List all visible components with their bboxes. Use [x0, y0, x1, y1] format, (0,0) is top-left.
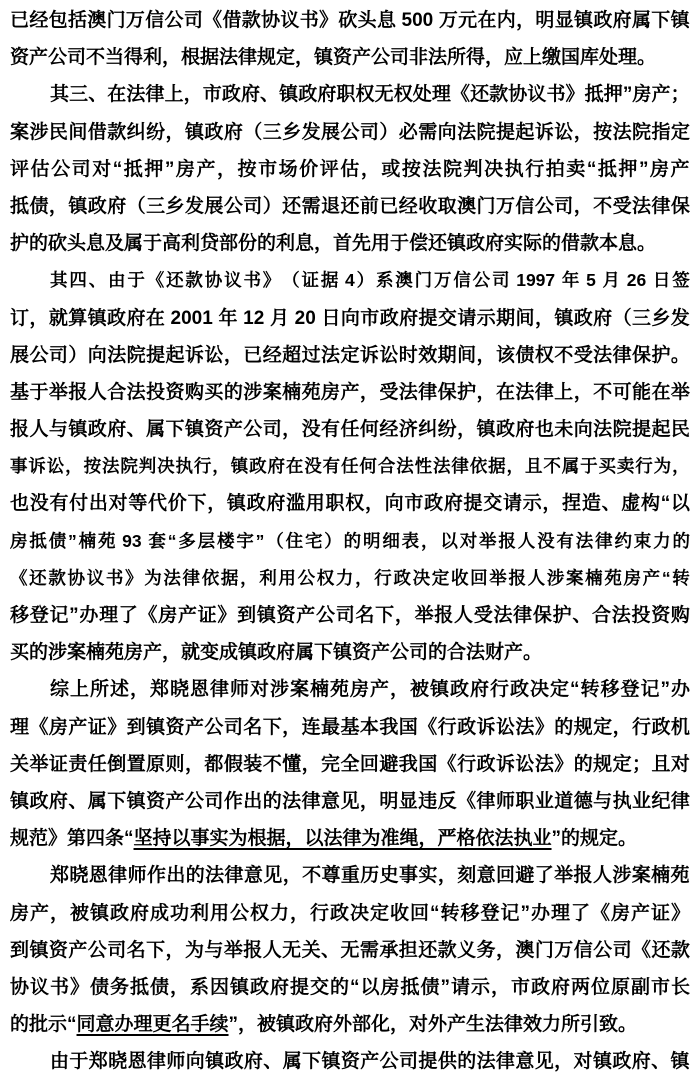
text-run: ， — [507, 448, 525, 485]
text-run: 镇 — [671, 2, 690, 39]
text-run: ， — [477, 337, 496, 374]
text-run: 四 — [69, 262, 87, 299]
text-run: 属 — [632, 2, 651, 39]
text-run: 作 — [224, 783, 243, 820]
text-line: 由于郑晓恩律师向镇政府、属下镇资产公司提供的法律意见，对镇政府、镇 — [10, 1043, 690, 1080]
text-run: 法 — [593, 411, 612, 448]
text-run: 镇 — [279, 76, 298, 113]
text-run: 以 — [360, 969, 379, 1006]
text-run: 人 — [528, 560, 546, 597]
text-run: 无 — [375, 76, 394, 113]
text-run: 民 — [671, 411, 690, 448]
text-run: 法 — [321, 337, 340, 374]
text-run: 了 — [571, 895, 590, 932]
text-run: 房 — [632, 76, 651, 113]
text-line: 基于举报人合法投资购买的涉案楠苑房产，受法律保护，在法律上，不可能在举 — [10, 374, 690, 411]
text-run: 层 — [198, 523, 216, 560]
text-run: 拍 — [546, 151, 565, 188]
text-run: 估 — [31, 151, 50, 188]
text-run: 法 — [163, 560, 181, 597]
text-run: 该 — [496, 337, 515, 374]
text-run: 力 — [270, 895, 289, 932]
text-run: 的 — [224, 374, 243, 411]
text-line: 房抵债”楠苑 93 套“多层楼宇”（住宅）的明细表，以对举报人没有法律约束力的 — [10, 523, 690, 560]
text-run: 则 — [166, 746, 185, 783]
text-run: 院 — [127, 337, 146, 374]
text-run: 可 — [613, 374, 632, 411]
text-run: 定 — [671, 114, 690, 151]
text-run: 房 — [49, 709, 68, 746]
text-run: 务 — [110, 969, 129, 1006]
text-run: 法 — [102, 448, 120, 485]
text-run: 回 — [360, 746, 379, 783]
text-run: 法 — [535, 746, 554, 783]
text-run: 假 — [224, 746, 243, 783]
text-run: 诉 — [535, 114, 554, 151]
text-run: 刻 — [457, 857, 476, 894]
text-run: 月 — [603, 262, 621, 299]
text-run: 楠 — [585, 560, 603, 597]
text-run: 见 — [535, 1043, 554, 1080]
text-run: 受 — [474, 597, 493, 634]
text-run: 记 — [500, 895, 519, 932]
text-run: 《 — [29, 709, 48, 746]
text-run: 显 — [555, 2, 574, 39]
text-run: ， — [207, 485, 226, 522]
text-run: 举 — [29, 746, 48, 783]
text-run: 于 — [29, 374, 48, 411]
text-run: 债 — [29, 188, 48, 225]
text-run: 镇 — [430, 671, 449, 708]
text-run: 房 — [158, 597, 177, 634]
text-run: 多 — [178, 523, 196, 560]
text-run: 、 — [263, 1043, 282, 1080]
text-run: 》 — [217, 597, 236, 634]
text-run: 《 — [203, 2, 222, 39]
text-run: 公 — [535, 188, 554, 225]
text-run: ， — [477, 374, 496, 411]
text-line: 移登记”办理了《房产证》到镇资产公司名下，举报人受法律保护、合法投资购 — [10, 597, 690, 634]
text-run: 府 — [107, 411, 126, 448]
text-run: 登 — [30, 597, 49, 634]
text-run: 涉 — [547, 560, 565, 597]
text-run: 律 — [145, 76, 164, 113]
text-run: 产 — [671, 151, 690, 188]
text-run: 对 — [250, 671, 269, 708]
text-run: 需 — [418, 114, 437, 151]
text-run: 也 — [535, 411, 554, 448]
text-run: ， — [224, 337, 243, 374]
text-run: 抵 — [10, 188, 29, 225]
text-run: 府 — [317, 76, 336, 113]
text-run: 政 — [651, 709, 670, 746]
text-run: 镇 — [230, 969, 249, 1006]
text-line: 买的涉案楠苑房产，就变成镇政府属下镇资产公司的合法财产。 — [10, 634, 690, 671]
text-run: 起 — [515, 114, 534, 151]
text-run: 回 — [470, 560, 488, 597]
text-run: 恩 — [89, 857, 108, 894]
text-run: 府 — [266, 485, 285, 522]
text-run: 26 — [622, 262, 651, 299]
text-run: 月 — [270, 300, 289, 337]
text-run: 纷 — [438, 411, 457, 448]
text-run: 规 — [574, 709, 593, 746]
text-run: 何 — [360, 411, 379, 448]
text-run: 议 — [280, 2, 299, 39]
text-run: 镇 — [574, 2, 593, 39]
text-run: 法 — [282, 783, 301, 820]
text-run: 《 — [147, 262, 165, 299]
text-run: 产 — [68, 932, 87, 969]
text-run: 且 — [525, 448, 543, 485]
text-run: 代 — [148, 485, 167, 522]
text-run: 苑 — [302, 374, 321, 411]
text-run: 郑 — [50, 857, 69, 894]
text-run: 府 — [444, 485, 463, 522]
text-run: 发 — [185, 188, 204, 225]
text-run: 举 — [554, 857, 573, 894]
text-run: 移 — [600, 671, 619, 708]
text-run: 报 — [498, 523, 516, 560]
text-run: 镇 — [146, 709, 165, 746]
text-run: 不 — [554, 337, 573, 374]
text-run: 市 — [511, 969, 530, 1006]
text-run: 向 — [186, 1043, 205, 1080]
text-run: 产 — [340, 374, 359, 411]
text-run: ， — [365, 485, 384, 522]
text-run: 款 — [242, 2, 261, 39]
text-run: 法 — [613, 114, 632, 151]
text-run: ， — [170, 969, 189, 1006]
text-run: 装 — [243, 746, 262, 783]
text-run: 对 — [92, 151, 111, 188]
text-run: 理 — [10, 709, 29, 746]
text-run: 公 — [204, 709, 223, 746]
text-run: 为 — [144, 560, 162, 597]
text-run: 证 — [651, 895, 670, 932]
text-run: 诉 — [496, 746, 515, 783]
text-run: 了 — [535, 857, 554, 894]
text-run: 房 — [611, 895, 630, 932]
text-run: 明 — [379, 783, 398, 820]
text-run: ， — [542, 485, 561, 522]
text-run: 债 — [49, 523, 67, 560]
text-run: 500 — [396, 2, 438, 39]
text-run: 于 — [580, 448, 598, 485]
text-run: 需 — [360, 932, 379, 969]
text-run: ， — [438, 857, 457, 894]
text-run: 转 — [440, 895, 459, 932]
text-run: 房 — [624, 560, 642, 597]
text-run: 法 — [576, 523, 594, 560]
text-run: 协 — [508, 76, 527, 113]
text-run: 原 — [611, 969, 630, 1006]
text-run: 公 — [88, 932, 107, 969]
text-run: 移 — [10, 597, 29, 634]
text-run: 办 — [671, 671, 690, 708]
underlined-text: 同意办理更名手续 — [77, 1014, 229, 1035]
text-run: ， — [240, 560, 258, 597]
text-run: 济 — [399, 411, 418, 448]
text-run: 司 — [360, 114, 379, 151]
text-run: 无 — [282, 932, 301, 969]
text-run: 政 — [574, 300, 593, 337]
text-run: 的 — [186, 857, 205, 894]
text-run: 产 — [360, 1043, 379, 1080]
text-run: 出 — [89, 485, 108, 522]
text-run: 为 — [185, 932, 204, 969]
text-run: 镇 — [205, 1043, 224, 1080]
text-run: 律 — [225, 857, 244, 894]
text-run: 保 — [671, 188, 690, 225]
text-run: 苑 — [330, 671, 349, 708]
text-run: 于 — [69, 1043, 88, 1080]
text-run: 避 — [379, 746, 398, 783]
text-run: 属 — [562, 448, 580, 485]
text-run: 师 — [128, 857, 147, 894]
text-run: 转 — [672, 560, 690, 597]
text-run: 了 — [119, 597, 138, 634]
text-run: 产 — [631, 895, 650, 932]
text-run: 倒 — [107, 746, 126, 783]
text-run: ， — [282, 709, 301, 746]
text-run: 晓 — [108, 1043, 127, 1080]
text-run: 两 — [571, 969, 590, 1006]
text-run: 收 — [390, 895, 409, 932]
text-run: 据 — [321, 262, 339, 299]
text-line: 也没有付出对等代价下，镇政府滥用职权，向市政府提交请示，捏造、虚构“以 — [10, 485, 690, 522]
text-run: 万 — [554, 932, 573, 969]
text-run: 的 — [344, 523, 362, 560]
text-run: 间 — [516, 300, 535, 337]
text-run: 受 — [379, 374, 398, 411]
text-run: 在 — [107, 76, 126, 113]
text-run: 司 — [184, 2, 203, 39]
text-run: 举 — [415, 597, 434, 634]
text-run: 资 — [204, 411, 223, 448]
text-run: 12 — [238, 300, 270, 337]
text-run: 提 — [496, 114, 515, 151]
text-run: 尊 — [321, 857, 340, 894]
text-run: 按 — [238, 151, 257, 188]
text-run: 还 — [340, 188, 359, 225]
text-run: （ — [127, 188, 146, 225]
text-run: 苑 — [604, 560, 622, 597]
text-run: 重 — [341, 857, 360, 894]
text-run: 位 — [591, 969, 610, 1006]
text-run: 行 — [374, 560, 392, 597]
text-run: 签 — [672, 262, 690, 299]
text-run: 理 — [432, 76, 451, 113]
text-run: 诉 — [477, 709, 496, 746]
text-run: 功 — [170, 895, 189, 932]
text-run: 等 — [128, 485, 147, 522]
text-run: ” — [256, 523, 265, 560]
text-run: 合 — [378, 448, 396, 485]
text-run: 《 — [457, 783, 476, 820]
text-run: 下 — [302, 1043, 321, 1080]
text-run: 细 — [382, 523, 400, 560]
text-run: 判 — [464, 151, 483, 188]
text-run: 恩 — [190, 671, 209, 708]
text-run: 事 — [10, 448, 28, 485]
text-run: ， — [130, 671, 149, 708]
text-run: 宅 — [305, 523, 323, 560]
text-run: ， — [360, 374, 379, 411]
text-run: 府 — [267, 448, 285, 485]
text-run: 讼 — [515, 746, 534, 783]
text-run: ， — [360, 783, 379, 820]
text-run: 不 — [593, 188, 612, 225]
text-run: 案 — [290, 671, 309, 708]
text-line: 《还款协议书》为法律依据，利用公权力，行政决定收回举报人涉案楠苑房产“转 — [10, 560, 690, 597]
text-run: ， — [49, 188, 68, 225]
text-run: 的 — [554, 709, 573, 746]
text-run: “ — [113, 151, 123, 188]
text-run: 表 — [402, 523, 420, 560]
text-run: 市 — [203, 76, 222, 113]
text-run: 到 — [10, 932, 29, 969]
text-run: 诉 — [185, 337, 204, 374]
text-run: 属 — [88, 783, 107, 820]
text-run: 买 — [599, 448, 617, 485]
text-run: 律 — [595, 523, 613, 560]
text-run: 信 — [145, 2, 164, 39]
text-run: 国 — [418, 746, 437, 783]
text-run: 回 — [496, 857, 515, 894]
text-run: 协 — [205, 262, 223, 299]
text-run: 律 — [477, 783, 496, 820]
text-run: 协 — [10, 969, 29, 1006]
text-run: 经 — [263, 337, 282, 374]
text-run: 于 — [127, 262, 145, 299]
text-run: 因 — [210, 969, 229, 1006]
text-run: 镇 — [90, 895, 109, 932]
text-run: 楠 — [310, 671, 329, 708]
text-run: 、 — [572, 597, 591, 634]
text-run: 国 — [399, 709, 418, 746]
text-run: 职 — [336, 76, 355, 113]
text-run: 护 — [651, 337, 670, 374]
text-run: 提 — [418, 1043, 437, 1080]
text-run: 行 — [525, 151, 544, 188]
text-run: 律 — [651, 188, 670, 225]
text-run: 经 — [399, 188, 418, 225]
text-run: 避 — [515, 857, 534, 894]
text-run: 房 — [350, 671, 369, 708]
text-run: 政 — [250, 969, 269, 1006]
text-run: 上 — [70, 671, 89, 708]
text-run: 澳 — [87, 2, 106, 39]
text-line: 镇政府、属下镇资产公司作出的法律意见，明显违反《律师职业道德与执业纪律 — [10, 783, 690, 820]
text-run: 产 — [651, 76, 670, 113]
text-run: 款 — [107, 114, 126, 151]
text-run: 府 — [270, 969, 289, 1006]
text-run: 府 — [130, 895, 149, 932]
text-run: 案 — [10, 114, 29, 151]
text-run: 院 — [632, 114, 651, 151]
text-run: 还 — [282, 188, 301, 225]
text-run: 回 — [410, 895, 429, 932]
text-run: 与 — [204, 932, 223, 969]
text-run: 人 — [593, 857, 612, 894]
text-run: 、 — [321, 932, 340, 969]
text-run: 宇 — [236, 523, 254, 560]
text-run: 院 — [120, 448, 138, 485]
text-run: ， — [390, 671, 409, 708]
text-run: 公 — [316, 597, 335, 634]
text-run: 债 — [420, 969, 439, 1006]
text-run: 展 — [321, 114, 340, 151]
text-run: ， — [283, 857, 302, 894]
text-run: 意 — [244, 857, 263, 894]
text-run: 供 — [438, 1043, 457, 1080]
text-run: 按 — [402, 151, 421, 188]
text-run: ； — [671, 76, 690, 113]
text-run: 市 — [651, 969, 670, 1006]
text-run: 按 — [84, 448, 102, 485]
text-run: 政 — [531, 969, 550, 1006]
text-run: 债 — [150, 969, 169, 1006]
text-run: 抵 — [598, 151, 617, 188]
text-run: 议 — [87, 560, 105, 597]
text-run: 司 — [492, 262, 510, 299]
text-run: 信 — [453, 262, 471, 299]
text-run: 显 — [399, 783, 418, 820]
text-run: 时 — [399, 337, 418, 374]
text-run: 购 — [185, 374, 204, 411]
text-run: 还 — [418, 932, 437, 969]
text-run: ， — [355, 560, 373, 597]
text-run: 也 — [10, 485, 29, 522]
text-run: 律 — [210, 671, 229, 708]
text-run: 5 — [581, 262, 600, 299]
text-run: 律 — [496, 1043, 515, 1080]
text-run: 》 — [671, 895, 690, 932]
text-run: 与 — [593, 783, 612, 820]
text-run: 示 — [477, 300, 496, 337]
text-run: 信 — [574, 932, 593, 969]
text-run: 人 — [263, 932, 282, 969]
text-run: 20 — [289, 300, 321, 337]
text-run: 政 — [110, 895, 129, 932]
text-run: 向 — [438, 114, 457, 151]
text-run: 资 — [277, 597, 296, 634]
text-run: 作 — [147, 857, 166, 894]
text-run: 镇 — [231, 448, 249, 485]
text-run: 关 — [302, 932, 321, 969]
text-run: 政 — [222, 76, 241, 113]
text-run: 移 — [460, 895, 479, 932]
text-run: 下 — [375, 597, 394, 634]
text-run: 报 — [68, 374, 87, 411]
text-run: 取 — [438, 188, 457, 225]
text-run: ， — [554, 1043, 573, 1080]
text-run: ） — [68, 337, 87, 374]
text-run: 括 — [68, 2, 87, 39]
text-run: 纠 — [127, 114, 146, 151]
text-run: 法 — [422, 151, 441, 188]
text-run: 见 — [340, 783, 359, 820]
text-run: 提 — [419, 300, 438, 337]
text-run: 退 — [321, 188, 340, 225]
text-run: 期 — [496, 300, 515, 337]
text-run: 定 — [593, 709, 612, 746]
text-run: 投 — [631, 597, 650, 634]
text-run: 算 — [68, 300, 87, 337]
text-run: 日 — [321, 300, 340, 337]
text-run: 门 — [535, 932, 554, 969]
